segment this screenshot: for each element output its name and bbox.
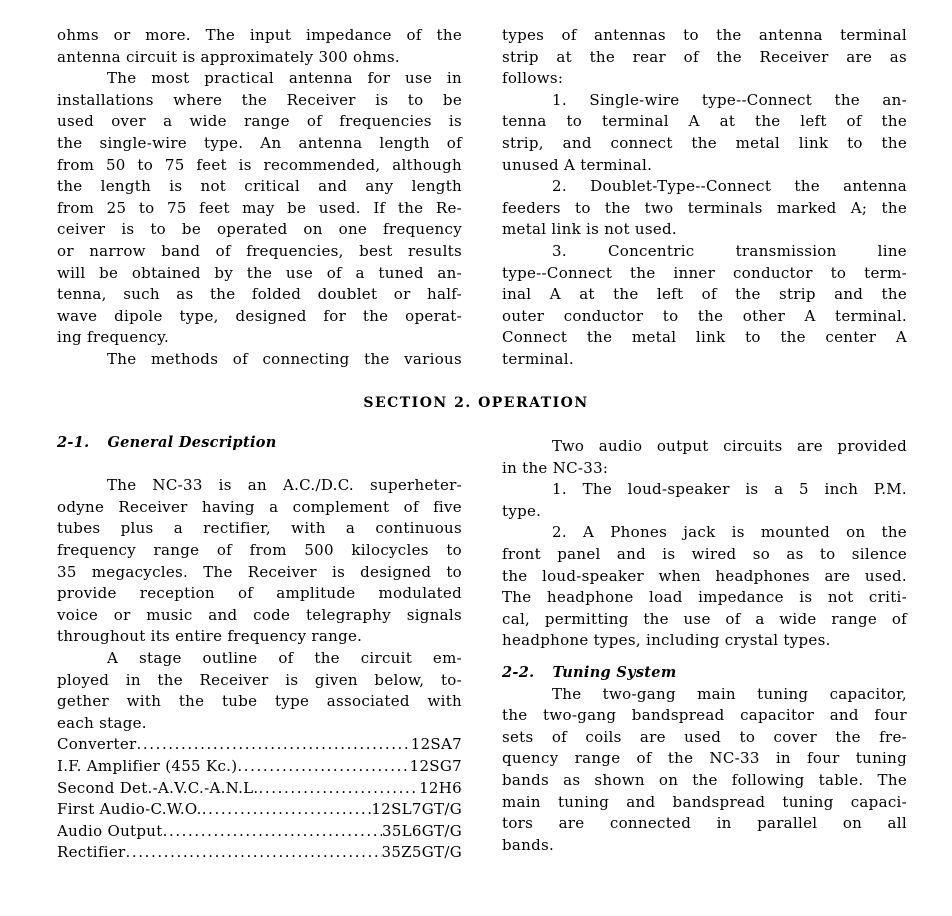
tube-type: 35Z5GT/G <box>382 842 462 864</box>
text-line: 35 megacycles. The Receiver is designed … <box>57 562 462 584</box>
tube-table: Converter12SA7I.F. Amplifier (455 Kc.)12… <box>57 734 462 864</box>
text-line: terminal. <box>502 349 907 371</box>
dot-leader <box>163 821 382 843</box>
text-line: used over a wide range of frequencies is <box>57 111 462 133</box>
text-line: will be obtained by the use of a tuned a… <box>57 263 462 285</box>
top-left-column: ohms or more. The input impedance of the… <box>57 25 462 371</box>
text-line: type. <box>502 501 907 523</box>
text-line: The methods of connecting the various <box>57 349 462 371</box>
stage-name: Rectifier <box>57 842 126 864</box>
text-line: types of antennas to the antenna termina… <box>502 25 907 47</box>
stage-name: I.F. Amplifier (455 Kc.) <box>57 756 237 778</box>
text-line: the length is not critical and any lengt… <box>57 176 462 198</box>
text-line: front panel and is wired so as to silenc… <box>502 544 907 566</box>
tube-table-row: Audio Output35L6GT/G <box>57 821 462 843</box>
text-line: cal, permitting the use of a wide range … <box>502 609 907 631</box>
text-line: 2. A Phones jack is mounted on the <box>502 522 907 544</box>
text-line: provide reception of amplitude modulated <box>57 583 462 605</box>
tube-table-row: Converter12SA7 <box>57 734 462 756</box>
text-line: quency range of the NC-33 in four tuning <box>502 748 907 770</box>
stage-name: First Audio-C.W.O. <box>57 799 202 821</box>
text-line: ployed in the Receiver is given below, t… <box>57 670 462 692</box>
text-line: the loud-speaker when headphones are use… <box>502 566 907 588</box>
text-line: feeders to the two terminals marked A; t… <box>502 198 907 220</box>
tuning-system-heading: 2-2.Tuning System <box>502 662 907 684</box>
text-line: the two-gang bandspread capacitor and fo… <box>502 705 907 727</box>
text-line: follows: <box>502 68 907 90</box>
tube-table-row: Second Det.-A.V.C.-A.N.L.12H6 <box>57 778 462 800</box>
text-line: A stage outline of the circuit em- <box>57 648 462 670</box>
text-line: 3. Concentric transmission line <box>502 241 907 263</box>
section-heading-title: General Description <box>107 434 276 451</box>
top-right-column: types of antennas to the antenna termina… <box>502 25 907 371</box>
text-line: headphone types, including crystal types… <box>502 630 907 652</box>
text-line: 1. The loud-speaker is a 5 inch P.M. <box>502 479 907 501</box>
tube-type: 12SG7 <box>410 756 462 778</box>
text-line: The NC-33 is an A.C./D.C. superheter- <box>57 475 462 497</box>
general-description-section: 2-1.General Description The NC-33 is an … <box>57 432 462 864</box>
text-line: Two audio output circuits are provided <box>502 436 907 458</box>
text-line: outer conductor to the other A terminal. <box>502 306 907 328</box>
text-line: 2. Doublet-Type--Connect the antenna <box>502 176 907 198</box>
text-line: bands. <box>502 835 907 857</box>
text-line: type--Connect the inner conductor to ter… <box>502 263 907 285</box>
stage-name: Second Det.-A.V.C.-A.N.L. <box>57 778 259 800</box>
text-line: The two-gang main tuning capacitor, <box>502 684 907 706</box>
text-line: from 25 to 75 feet may be used. If the R… <box>57 198 462 220</box>
text-line: strip at the rear of the Receiver are as <box>502 47 907 69</box>
section-title: SECTION 2. OPERATION <box>0 395 952 411</box>
text-line: odyne Receiver having a complement of fi… <box>57 497 462 519</box>
text-line: bands as shown on the following table. T… <box>502 770 907 792</box>
tube-type: 35L6GT/G <box>382 821 462 843</box>
tube-table-row: I.F. Amplifier (455 Kc.)12SG7 <box>57 756 462 778</box>
tube-type: 12SL7GT/G <box>371 799 462 821</box>
tube-type: 12SA7 <box>411 734 462 756</box>
dot-leader <box>136 734 410 756</box>
text-line: gether with the tube type associated wit… <box>57 691 462 713</box>
text-line: main tuning and bandspread tuning capaci… <box>502 792 907 814</box>
text-line: metal link is not used. <box>502 219 907 241</box>
tube-type: 12H6 <box>419 778 462 800</box>
dot-leader <box>202 799 372 821</box>
text-line: ing frequency. <box>57 327 462 349</box>
section-number: 2-1. <box>57 434 89 451</box>
text-line: Connect the metal link to the center A <box>502 327 907 349</box>
section-number: 2-2. <box>502 664 534 681</box>
tube-table-row: Rectifier35Z5GT/G <box>57 842 462 864</box>
text-line: from 50 to 75 feet is recommended, altho… <box>57 155 462 177</box>
text-line: voice or music and code telegraphy signa… <box>57 605 462 627</box>
text-line: The most practical antenna for use in <box>57 68 462 90</box>
audio-output-paragraph: Two audio output circuits are providedin… <box>502 436 907 652</box>
text-line: tors are connected in parallel on all <box>502 813 907 835</box>
text-line: strip, and connect the metal link to the <box>502 133 907 155</box>
text-line: The headphone load impedance is not crit… <box>502 587 907 609</box>
tube-table-row: First Audio-C.W.O.12SL7GT/G <box>57 799 462 821</box>
text-line: ohms or more. The input impedance of the <box>57 25 462 47</box>
stage-name: Converter <box>57 734 136 756</box>
text-line: ceiver is to be operated on one frequenc… <box>57 219 462 241</box>
text-line: installations where the Receiver is to b… <box>57 90 462 112</box>
text-line: or narrow band of frequencies, best resu… <box>57 241 462 263</box>
general-description-heading: 2-1.General Description <box>57 432 462 454</box>
dot-leader <box>259 778 420 800</box>
text-line: tenna, such as the folded doublet or hal… <box>57 284 462 306</box>
text-line: in the NC-33: <box>502 458 907 480</box>
text-line: tenna to terminal A at the left of the <box>502 111 907 133</box>
audio-output-section: Two audio output circuits are providedin… <box>502 436 907 856</box>
text-line: tubes plus a rectifier, with a continuou… <box>57 518 462 540</box>
text-line: inal A at the left of the strip and the <box>502 284 907 306</box>
section-heading-title: Tuning System <box>552 664 676 681</box>
text-line: antenna circuit is approximately 300 ohm… <box>57 47 462 69</box>
text-line: sets of coils are used to cover the fre- <box>502 727 907 749</box>
dot-leader <box>237 756 409 778</box>
dot-leader <box>126 842 382 864</box>
tuning-system-paragraph: The two-gang main tuning capacitor,the t… <box>502 684 907 857</box>
text-line: unused A terminal. <box>502 155 907 177</box>
text-line: 1. Single-wire type--Connect the an- <box>502 90 907 112</box>
text-line: throughout its entire frequency range. <box>57 626 462 648</box>
text-line: the single-wire type. An antenna length … <box>57 133 462 155</box>
text-line: frequency range of from 500 kilocycles t… <box>57 540 462 562</box>
general-description-paragraph: The NC-33 is an A.C./D.C. superheter-ody… <box>57 475 462 734</box>
text-line: wave dipole type, designed for the opera… <box>57 306 462 328</box>
stage-name: Audio Output <box>57 821 163 843</box>
text-line: each stage. <box>57 713 462 735</box>
